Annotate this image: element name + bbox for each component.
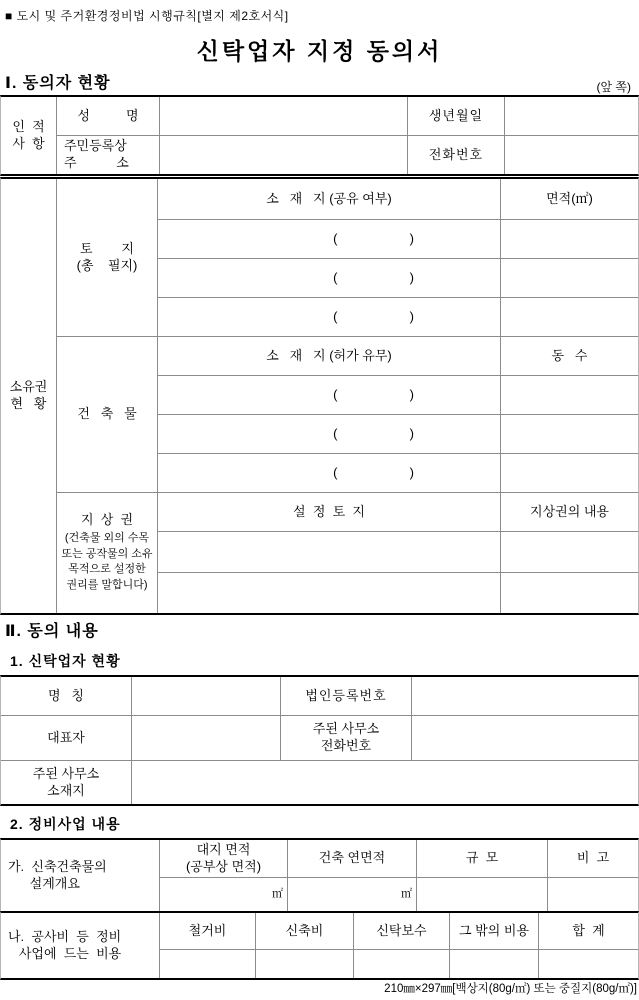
trust-fee-input-cell[interactable] (354, 950, 449, 978)
representative-label: 대표자 (1, 716, 131, 760)
trust-fee-header: 신탁보수 (354, 913, 449, 949)
building-location-input-cell[interactable]: ( ) (158, 415, 500, 453)
ownership-group-label: 소유권 현 황 (1, 179, 56, 613)
surface-right-land-header: 설 정 토 지 (158, 493, 500, 531)
corp-reg-number-input-cell[interactable] (412, 677, 638, 715)
site-area-header: 대지 면적 (공부상 면적) (160, 840, 287, 877)
construction-cost-header: 신축비 (256, 913, 353, 949)
trustee-subheading: 1. 신탁업자 현황 (10, 651, 121, 671)
floor-area-input-cell[interactable]: ㎡ (288, 878, 416, 911)
section2-heading: Ⅱ. 동의 내용 (5, 618, 99, 641)
scale-input-cell[interactable] (417, 878, 547, 911)
building-count-input-cell[interactable] (501, 376, 638, 414)
design-overview-label: 가. 신축건축물의 설계개요 (1, 840, 159, 911)
building-count-header: 동 수 (501, 337, 638, 375)
office-address-input-cell[interactable] (132, 761, 638, 804)
site-area-input-cell[interactable]: ㎡ (160, 878, 287, 911)
land-area-input-cell[interactable] (501, 259, 638, 297)
building-location-input-cell[interactable]: ( ) (158, 454, 500, 492)
building-label: 건 축 물 (57, 337, 157, 492)
remarks-input-cell[interactable] (548, 878, 638, 911)
trustee-name-input-cell[interactable] (132, 677, 280, 715)
phone-input-cell[interactable] (505, 136, 638, 174)
land-label: 토 지 (총 필지) (57, 179, 157, 336)
form-title: 신탁업자 지정 동의서 (0, 33, 639, 66)
land-area-header: 면적(㎡) (501, 179, 638, 219)
office-address-label: 주된 사무소 소재지 (1, 761, 131, 804)
surface-right-land-input-cell[interactable] (158, 573, 500, 613)
surface-right-label: 지 상 권 (건축물 외의 수목 또는 공작물의 소유 목적으로 설정한 권리를… (57, 493, 157, 613)
remarks-header: 비 고 (548, 840, 638, 877)
birth-date-label: 생년월일 (408, 97, 504, 135)
project-cost-label: 나. 공사비 등 정비 사업에 드는 비용 (1, 913, 159, 978)
surface-right-land-input-cell[interactable] (158, 532, 500, 572)
ownership-table: 소유권 현 황 토 지 (총 필지) 소 재 지 (공유 여부) 면적(㎡) (… (0, 177, 639, 615)
page-side-label: (앞 쪽) (596, 78, 631, 95)
land-location-input-cell[interactable]: ( ) (158, 220, 500, 258)
scale-header: 규 모 (417, 840, 547, 877)
address-label: 주민등록상 주 소 (57, 136, 159, 174)
surface-right-content-header: 지상권의 내용 (501, 493, 638, 531)
address-input-cell[interactable] (160, 136, 407, 174)
land-location-input-cell[interactable]: ( ) (158, 298, 500, 336)
demolition-cost-input-cell[interactable] (160, 950, 255, 978)
trustee-name-label: 명 칭 (1, 677, 131, 715)
project-cost-table: 나. 공사비 등 정비 사업에 드는 비용 철거비 신축비 신탁보수 그 밖의 … (0, 911, 639, 980)
paper-spec-footer: 210㎜×297㎜[백상지(80g/㎡) 또는 중질지(80g/㎡)] (384, 980, 637, 996)
project-subheading: 2. 정비사업 내용 (10, 814, 121, 834)
land-location-input-cell[interactable]: ( ) (158, 259, 500, 297)
name-label: 성 명 (57, 97, 159, 135)
building-location-input-cell[interactable]: ( ) (158, 376, 500, 414)
surface-right-content-input-cell[interactable] (501, 532, 638, 572)
personal-info-table: 인 적 사 항 성 명 생년월일 주민등록상 주 소 전화번호 (0, 95, 639, 176)
land-area-input-cell[interactable] (501, 298, 638, 336)
office-phone-label: 주된 사무소 전화번호 (281, 716, 411, 760)
design-overview-table: 가. 신축건축물의 설계개요 대지 면적 (공부상 면적) 건축 연면적 규 모… (0, 838, 639, 911)
building-count-input-cell[interactable] (501, 415, 638, 453)
surface-right-label-title: 지 상 권 (81, 512, 133, 529)
floor-area-header: 건축 연면적 (288, 840, 416, 877)
trustee-table: 명 칭 법인등록번호 대표자 주된 사무소 전화번호 주된 사무소 소재지 (0, 675, 639, 806)
form-regulation-notice: ■ 도시 및 주거환경정비법 시행규칙[별지 제2호서식] (5, 7, 289, 24)
representative-input-cell[interactable] (132, 716, 280, 760)
name-input-cell[interactable] (160, 97, 407, 135)
building-count-input-cell[interactable] (501, 454, 638, 492)
demolition-cost-header: 철거비 (160, 913, 255, 949)
total-input-cell[interactable] (539, 950, 638, 978)
other-cost-input-cell[interactable] (450, 950, 538, 978)
office-phone-input-cell[interactable] (412, 716, 638, 760)
building-location-header: 소 재 지 (허가 유무) (158, 337, 500, 375)
total-header: 합 계 (539, 913, 638, 949)
corp-reg-number-label: 법인등록번호 (281, 677, 411, 715)
land-area-input-cell[interactable] (501, 220, 638, 258)
section1-heading: Ⅰ. 동의자 현황 (5, 70, 111, 93)
construction-cost-input-cell[interactable] (256, 950, 353, 978)
surface-right-label-note: (건축물 외의 수목 또는 공작물의 소유 목적으로 설정한 권리를 말합니다) (61, 531, 152, 595)
other-cost-header: 그 밖의 비용 (450, 913, 538, 949)
land-location-header: 소 재 지 (공유 여부) (158, 179, 500, 219)
surface-right-content-input-cell[interactable] (501, 573, 638, 613)
phone-label: 전화번호 (408, 136, 504, 174)
birth-date-input-cell[interactable] (505, 97, 638, 135)
personal-group-label: 인 적 사 항 (1, 97, 56, 174)
